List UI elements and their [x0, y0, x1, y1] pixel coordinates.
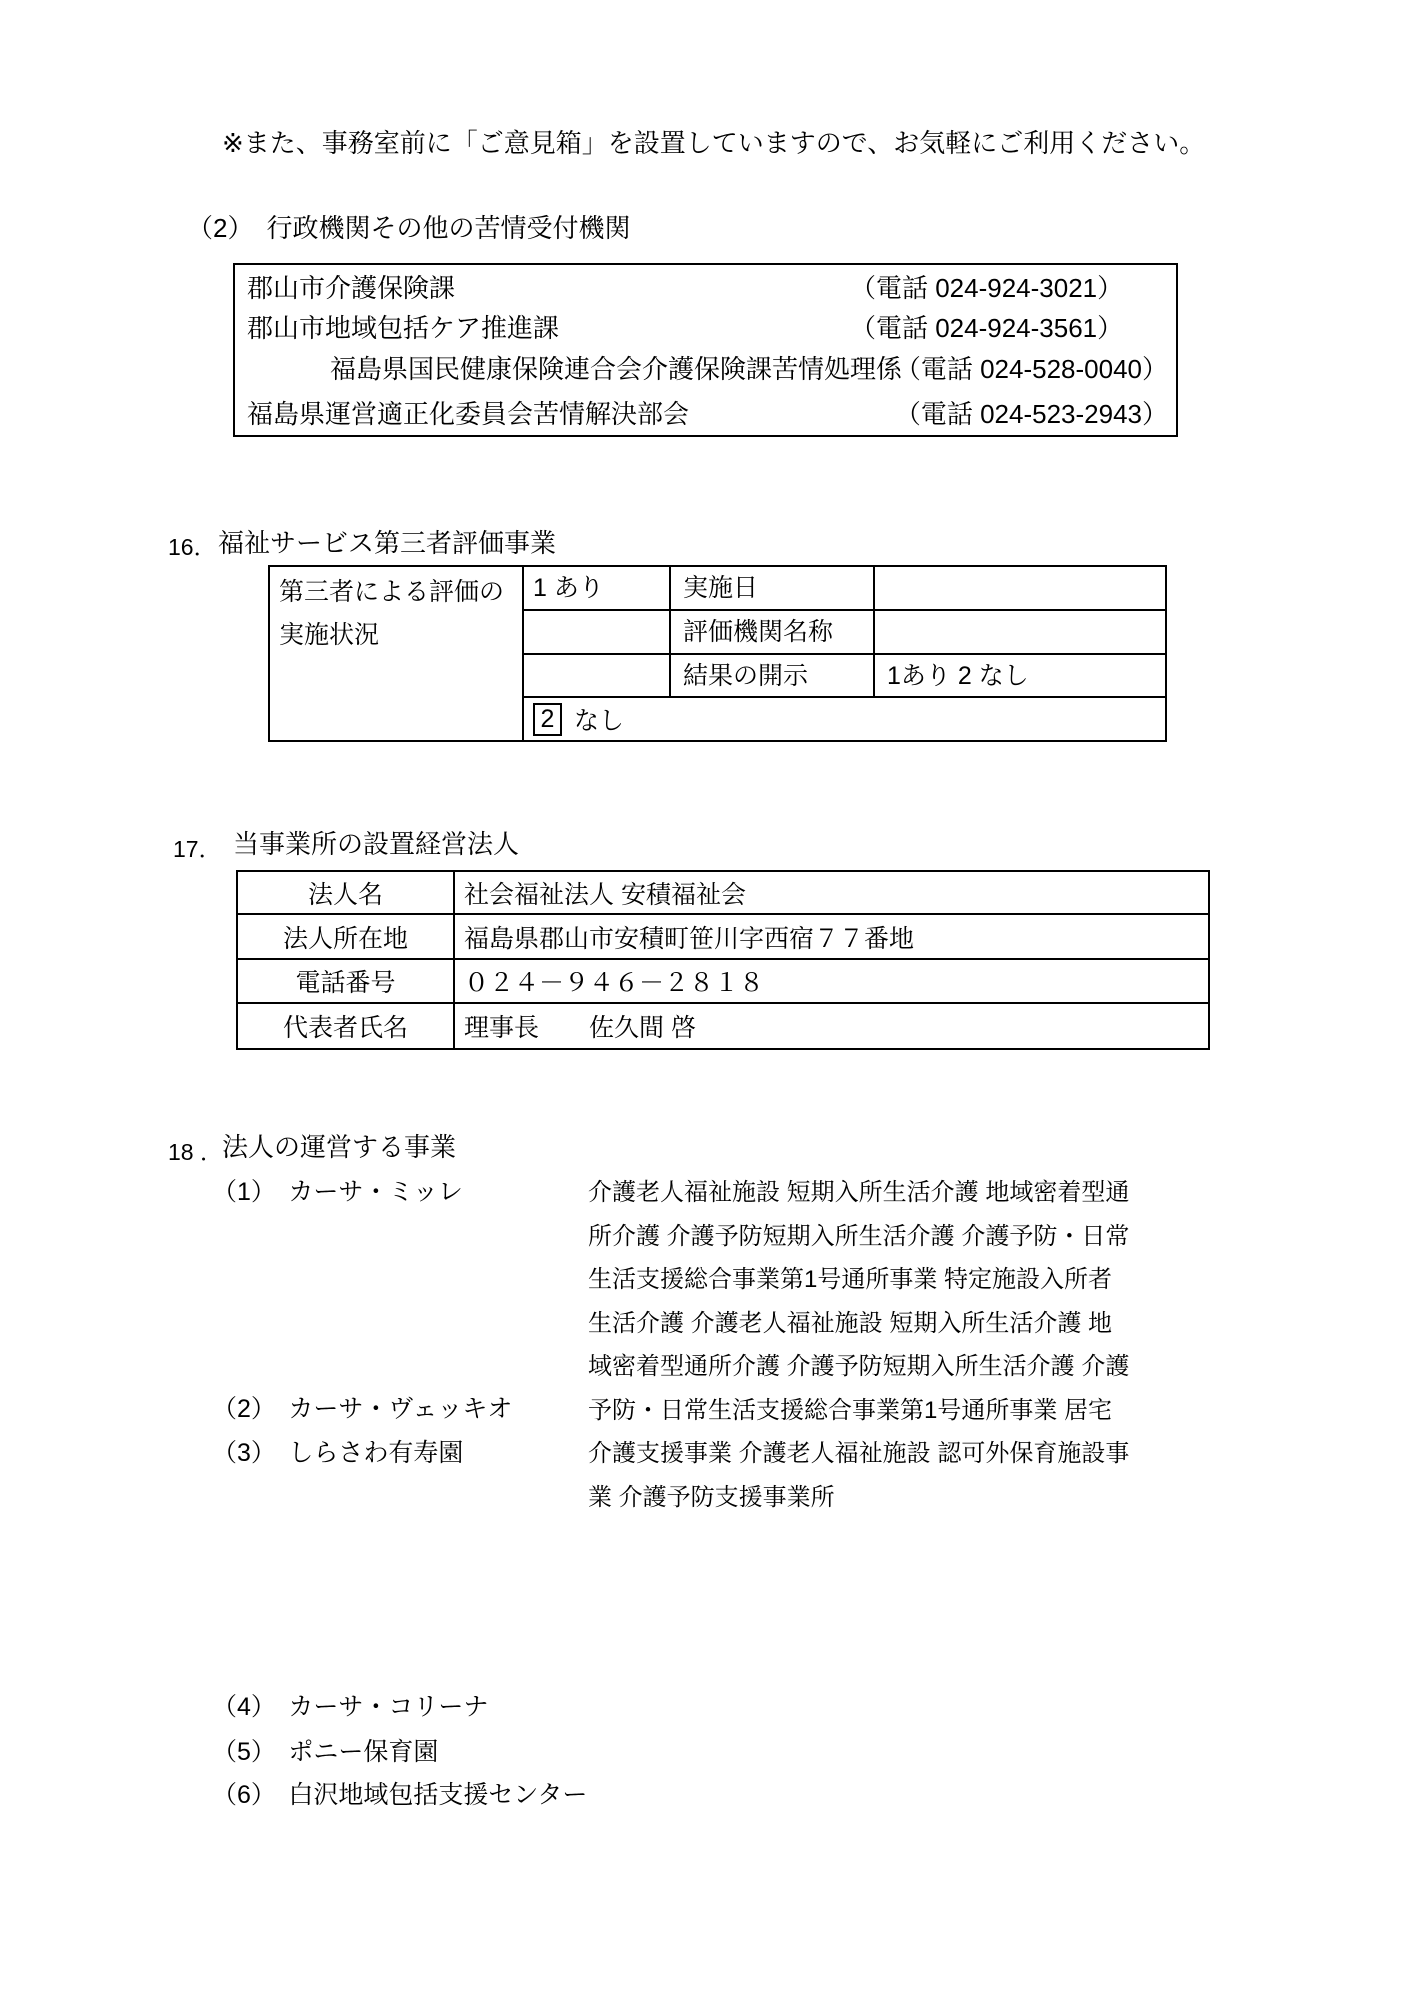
complaint-org-phone: （電話 024-528-0040） [895, 353, 1168, 385]
business-item: （3） しらさわ有寿園 [212, 1437, 463, 1469]
business-description-line: 介護老人福祉施設 短期入所生活介護 地域密着型通 [588, 1171, 1172, 1215]
evaluation-option-ari: 1 あり [523, 566, 670, 610]
business-item: （4） カーサ・コリーナ [212, 1691, 488, 1723]
suggestion-box-note: ※また、事務室前に「ご意見箱」を設置していますので、お気軽にご利用ください。 [222, 126, 1205, 160]
business-description-line: 予防・日常生活支援総合事業第1号通所事業 居宅 [588, 1389, 1172, 1433]
corporation-row-value: 理事長 佐久間 啓 [454, 1003, 1209, 1049]
evaluation-option-nashi: なし [574, 707, 624, 735]
business-item: （2） カーサ・ヴェッキオ [212, 1393, 512, 1425]
evaluation-empty-cell [523, 654, 670, 697]
evaluation-field-label: 評価機関名称 [670, 610, 874, 654]
complaint-org-name: 福島県運営適正化委員会苦情解決部会 [247, 398, 689, 430]
complaint-org-name: 福島県国民健康保険連合会介護保険課苦情処理係 [330, 353, 902, 385]
businesses-section-heading: 法人の運営する事業 [222, 1130, 456, 1164]
corporation-row-value: ０２４－９４６－２８１８ [454, 959, 1209, 1003]
business-item: （1） カーサ・ミッレ [212, 1176, 463, 1208]
complaint-org-phone: （電話 024-924-3021） [850, 272, 1123, 304]
businesses-section-number: 18 ． [168, 1137, 223, 1167]
evaluation-field-value [874, 610, 1166, 654]
corporation-row-label: 法人名 [237, 871, 454, 914]
evaluation-status-label: 第三者による評価の実施状況 [269, 566, 523, 741]
corporation-row-label: 電話番号 [237, 959, 454, 1003]
business-description-line: 所介護 介護予防短期入所生活介護 介護予防・日常 [588, 1215, 1172, 1259]
complaint-org-phone: （電話 024-924-3561） [850, 312, 1123, 344]
evaluation-section-number: 16． [168, 532, 217, 562]
corporation-section-heading: 当事業所の設置経営法人 [233, 827, 519, 861]
business-description-line: 業 介護予防支援事業所 [588, 1476, 1172, 1520]
nashi-checkbox: 2 [533, 703, 562, 736]
business-description-line: 生活介護 介護老人福祉施設 短期入所生活介護 地 [588, 1302, 1172, 1346]
evaluation-field-value [874, 566, 1166, 610]
complaint-row: 郡山市介護保険課 （電話 024-924-3021） [235, 272, 1176, 304]
complaint-org-name: 郡山市介護保険課 [247, 272, 455, 304]
evaluation-empty-cell [523, 610, 670, 654]
evaluation-table: 第三者による評価の実施状況 1 あり 実施日 評価機関名称 結果の開示 1あり … [268, 565, 1167, 742]
complaint-row: 郡山市地域包括ケア推進課 （電話 024-924-3561） [235, 312, 1176, 344]
complaints-table: 郡山市介護保険課 （電話 024-924-3021） 郡山市地域包括ケア推進課 … [233, 263, 1178, 437]
complaint-org-name: 郡山市地域包括ケア推進課 [247, 312, 559, 344]
business-description-line: 生活支援総合事業第1号通所事業 特定施設入所者 [588, 1258, 1172, 1302]
complaint-row: 福島県国民健康保険連合会介護保険課苦情処理係 （電話 024-528-0040） [235, 353, 1176, 385]
evaluation-field-label: 結果の開示 [670, 654, 874, 697]
evaluation-section-heading: 福祉サービス第三者評価事業 [218, 526, 556, 560]
document-page: ※また、事務室前に「ご意見箱」を設置していますので、お気軽にご利用ください。 （… [0, 0, 1414, 2000]
complaint-row: 福島県運営適正化委員会苦情解決部会 （電話 024-523-2943） [235, 398, 1176, 430]
evaluation-field-value: 1あり 2 なし [874, 654, 1166, 697]
corporation-row-value: 福島県郡山市安積町笹川字西宿７７番地 [454, 914, 1209, 959]
business-description-line: 介護支援事業 介護老人福祉施設 認可外保育施設事 [588, 1432, 1172, 1476]
corporation-row-label: 法人所在地 [237, 914, 454, 959]
business-item: （6） 白沢地域包括支援センター [212, 1779, 587, 1811]
evaluation-field-label: 実施日 [670, 566, 874, 610]
corporation-section-number: 17． [173, 834, 222, 864]
business-description: 介護老人福祉施設 短期入所生活介護 地域密着型通 所介護 介護予防短期入所生活介… [588, 1171, 1172, 1519]
corporation-row-label: 代表者氏名 [237, 1003, 454, 1049]
complaints-section-heading: （2） 行政機関その他の苦情受付機関 [187, 211, 630, 245]
evaluation-nashi-row: 2なし [523, 697, 1166, 741]
business-item: （5） ポニー保育園 [212, 1736, 438, 1768]
complaint-org-phone: （電話 024-523-2943） [895, 398, 1168, 430]
business-description-line: 域密着型通所介護 介護予防短期入所生活介護 介護 [588, 1345, 1172, 1389]
corporation-row-value: 社会福祉法人 安積福祉会 [454, 871, 1209, 914]
corporation-table: 法人名 社会福祉法人 安積福祉会 法人所在地 福島県郡山市安積町笹川字西宿７７番… [236, 870, 1210, 1050]
